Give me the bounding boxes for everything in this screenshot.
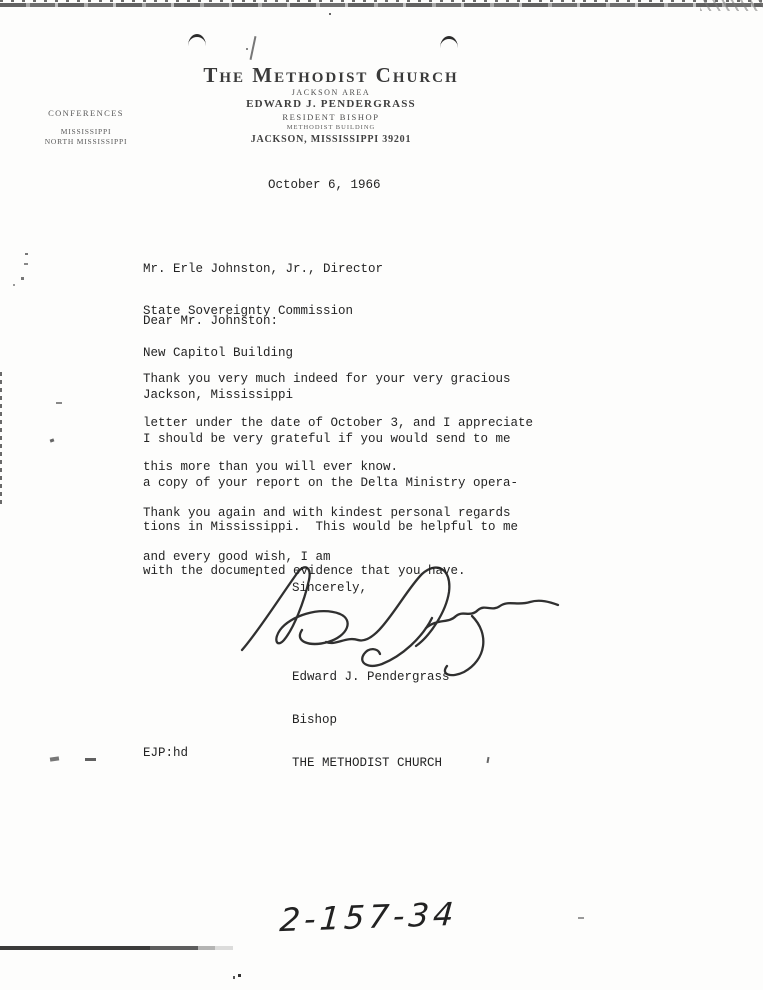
left-edge-dashed-line [0, 372, 2, 506]
conference-item-north-mississippi: NORTH MISSISSIPPI [32, 137, 140, 146]
conferences-block: CONFERENCES MISSISSIPPI NORTH MISSISSIPP… [32, 108, 140, 146]
letterhead-address-line: JACKSON, MISSISSIPPI 39201 [180, 134, 482, 145]
speck-top [329, 13, 331, 15]
methodist-building-line: METHODIST BUILDING [180, 124, 482, 132]
scan-artifact-top-right-hatch [700, 0, 763, 11]
jackson-area-line: JACKSON AREA [180, 88, 482, 97]
pen-slash-mark [250, 36, 257, 60]
margin-speck [13, 284, 15, 286]
bishop-name-line: EDWARD J. PENDERGRASS [180, 98, 482, 110]
salutation: Dear Mr. Johnston: [143, 314, 278, 328]
bottom-speck [233, 976, 235, 979]
signer-organization: THE METHODIST CHURCH [292, 756, 450, 771]
scan-artifact-top-dots [0, 0, 763, 2]
scan-artifact-top-band [0, 3, 763, 7]
pen-slash-speck [246, 48, 248, 50]
scanned-letter-page: CONFERENCES MISSISSIPPI NORTH MISSISSIPP… [0, 0, 763, 990]
body-line: Thank you again and with kindest persona… [143, 505, 511, 521]
right-faint-dash [578, 917, 584, 919]
body-line: Thank you very much indeed for your very… [143, 371, 533, 387]
letterhead: The Methodist Church JACKSON AREA EDWARD… [180, 64, 482, 145]
conference-item-mississippi: MISSISSIPPI [32, 127, 140, 136]
typed-signature-block: Edward J. Pendergrass Bishop THE METHODI… [292, 642, 450, 799]
typist-initials: EJP:hd [143, 746, 188, 760]
recipient-line: Mr. Erle Johnston, Jr., Director [143, 262, 383, 276]
smudge-mark [85, 758, 96, 761]
margin-tick [50, 438, 55, 442]
margin-dash [56, 402, 62, 404]
handwritten-file-number: 2-157-34 [278, 895, 458, 939]
scan-artifact-bottom-line [0, 946, 233, 950]
resident-bishop-line: RESIDENT BISHOP [180, 112, 482, 122]
staple-arc-mark-right [440, 36, 458, 48]
smudge-mark [50, 756, 59, 761]
church-name: The Methodist Church [180, 64, 482, 86]
margin-speck [25, 253, 28, 255]
date-line: October 6, 1966 [268, 178, 381, 192]
signer-title: Bishop [292, 713, 450, 728]
body-line: I should be very grateful if you would s… [143, 431, 518, 447]
staple-arc-mark-left [188, 34, 206, 46]
bottom-speck [238, 974, 241, 977]
apostrophe-speck [486, 757, 489, 763]
margin-speck [21, 277, 24, 280]
conferences-title: CONFERENCES [32, 108, 140, 118]
margin-speck [24, 263, 28, 265]
signer-name: Edward J. Pendergrass [292, 670, 450, 685]
